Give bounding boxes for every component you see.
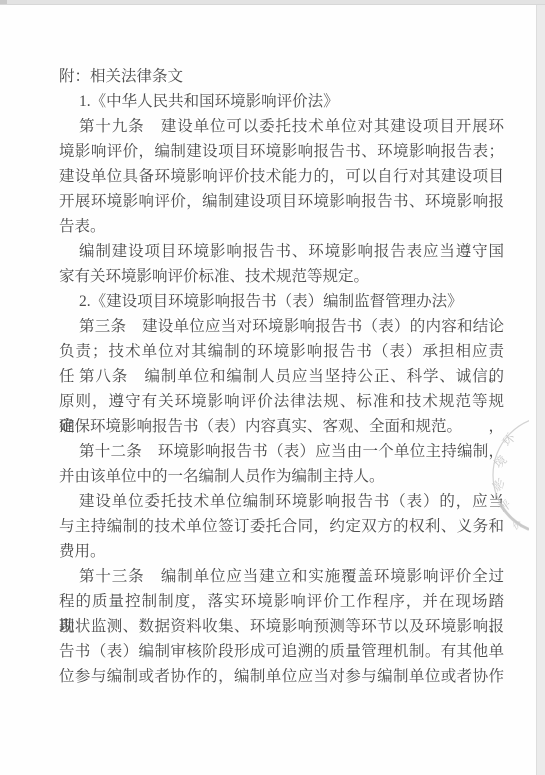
text-line: 第八条 编制单位和编制人员应当坚持公正、科学、诚信的	[59, 364, 504, 389]
text-line: 建设单位委托技术单位编制环境影响报告书（表）的，应当	[59, 489, 504, 514]
text-line: 家有关环境影响评价标准、技术规范等规定。	[59, 264, 504, 289]
stamp-seal-arc	[493, 416, 529, 534]
text-line: 费用。	[59, 539, 504, 564]
text-line: 第三条 建设单位应当对环境影响报告书（表）的内容和结论	[59, 314, 504, 339]
text-line: 1.《中华人民共和国环境影响评价法》	[59, 89, 504, 114]
text-line: 建设单位具备环境影响评价技术能力的，可以自行对其建设项目	[59, 164, 504, 189]
text-line: 现状监测、数据资料收集、环境影响预测等环节以及环境影响报	[59, 614, 504, 639]
document-viewer: 附：相关法律条文1.《中华人民共和国环境影响评价法》第十九条 建设单位可以委托技…	[0, 0, 545, 775]
text-line: 确保环境影响报告书（表）内容真实、客观、全面和规范。	[59, 414, 504, 439]
text-line: 第十二条 环境影响报告书（表）应当由一个单位主持编制，	[59, 439, 504, 464]
text-line: 境影响评价，编制建设项目环境影响报告书、环境影响报告表；	[59, 139, 504, 164]
top-bar-corner	[0, 0, 7, 4]
text-line: 告表。	[59, 214, 504, 239]
text-line: 编制建设项目环境影响报告书、环境影响报告表应当遵守国	[59, 239, 504, 264]
text-line: 程的质量控制制度，落实环境影响评价工作程序，并在现场踏勘、	[59, 589, 504, 614]
stamp-seal-text: 环 境 影 评 价	[490, 430, 524, 532]
text-line: 原则，遵守有关环境影响评价法律法规、标准和技术规范等规定，	[59, 389, 504, 414]
top-bar	[0, 0, 545, 5]
text-line: 负责；技术单位对其编制的环境影响报告书（表）承担相应责任。	[59, 339, 504, 364]
text-line: 2.《建设项目环境影响报告书（表）编制监督管理办法》	[59, 289, 504, 314]
page-right-edge	[536, 5, 545, 775]
document-body: 附：相关法律条文1.《中华人民共和国环境影响评价法》第十九条 建设单位可以委托技…	[59, 64, 504, 689]
text-line: 附：相关法律条文	[59, 64, 504, 89]
document-page: 附：相关法律条文1.《中华人民共和国环境影响评价法》第十九条 建设单位可以委托技…	[0, 5, 537, 775]
stamp-watermark: 环 境 影 评 价	[487, 413, 529, 545]
text-line: 开展环境影响评价，编制建设项目环境影响报告书、环境影响报	[59, 189, 504, 214]
text-line: 告书（表）编制审核阶段形成可追溯的质量管理机制。有其他单	[59, 639, 504, 664]
text-line: 第十九条 建设单位可以委托技术单位对其建设项目开展环	[59, 114, 504, 139]
text-line: 位参与编制或者协作的，编制单位应当对参与编制单位或者协作	[59, 664, 504, 689]
text-line: 并由该单位中的一名编制人员作为编制主持人。	[59, 464, 504, 489]
text-line: 与主持编制的技术单位签订委托合同，约定双方的权利、义务和	[59, 514, 504, 539]
stamp-glyph: 环	[500, 430, 519, 449]
text-line: 第十三条 编制单位应当建立和实施覆盖环境影响评价全过	[59, 564, 504, 589]
